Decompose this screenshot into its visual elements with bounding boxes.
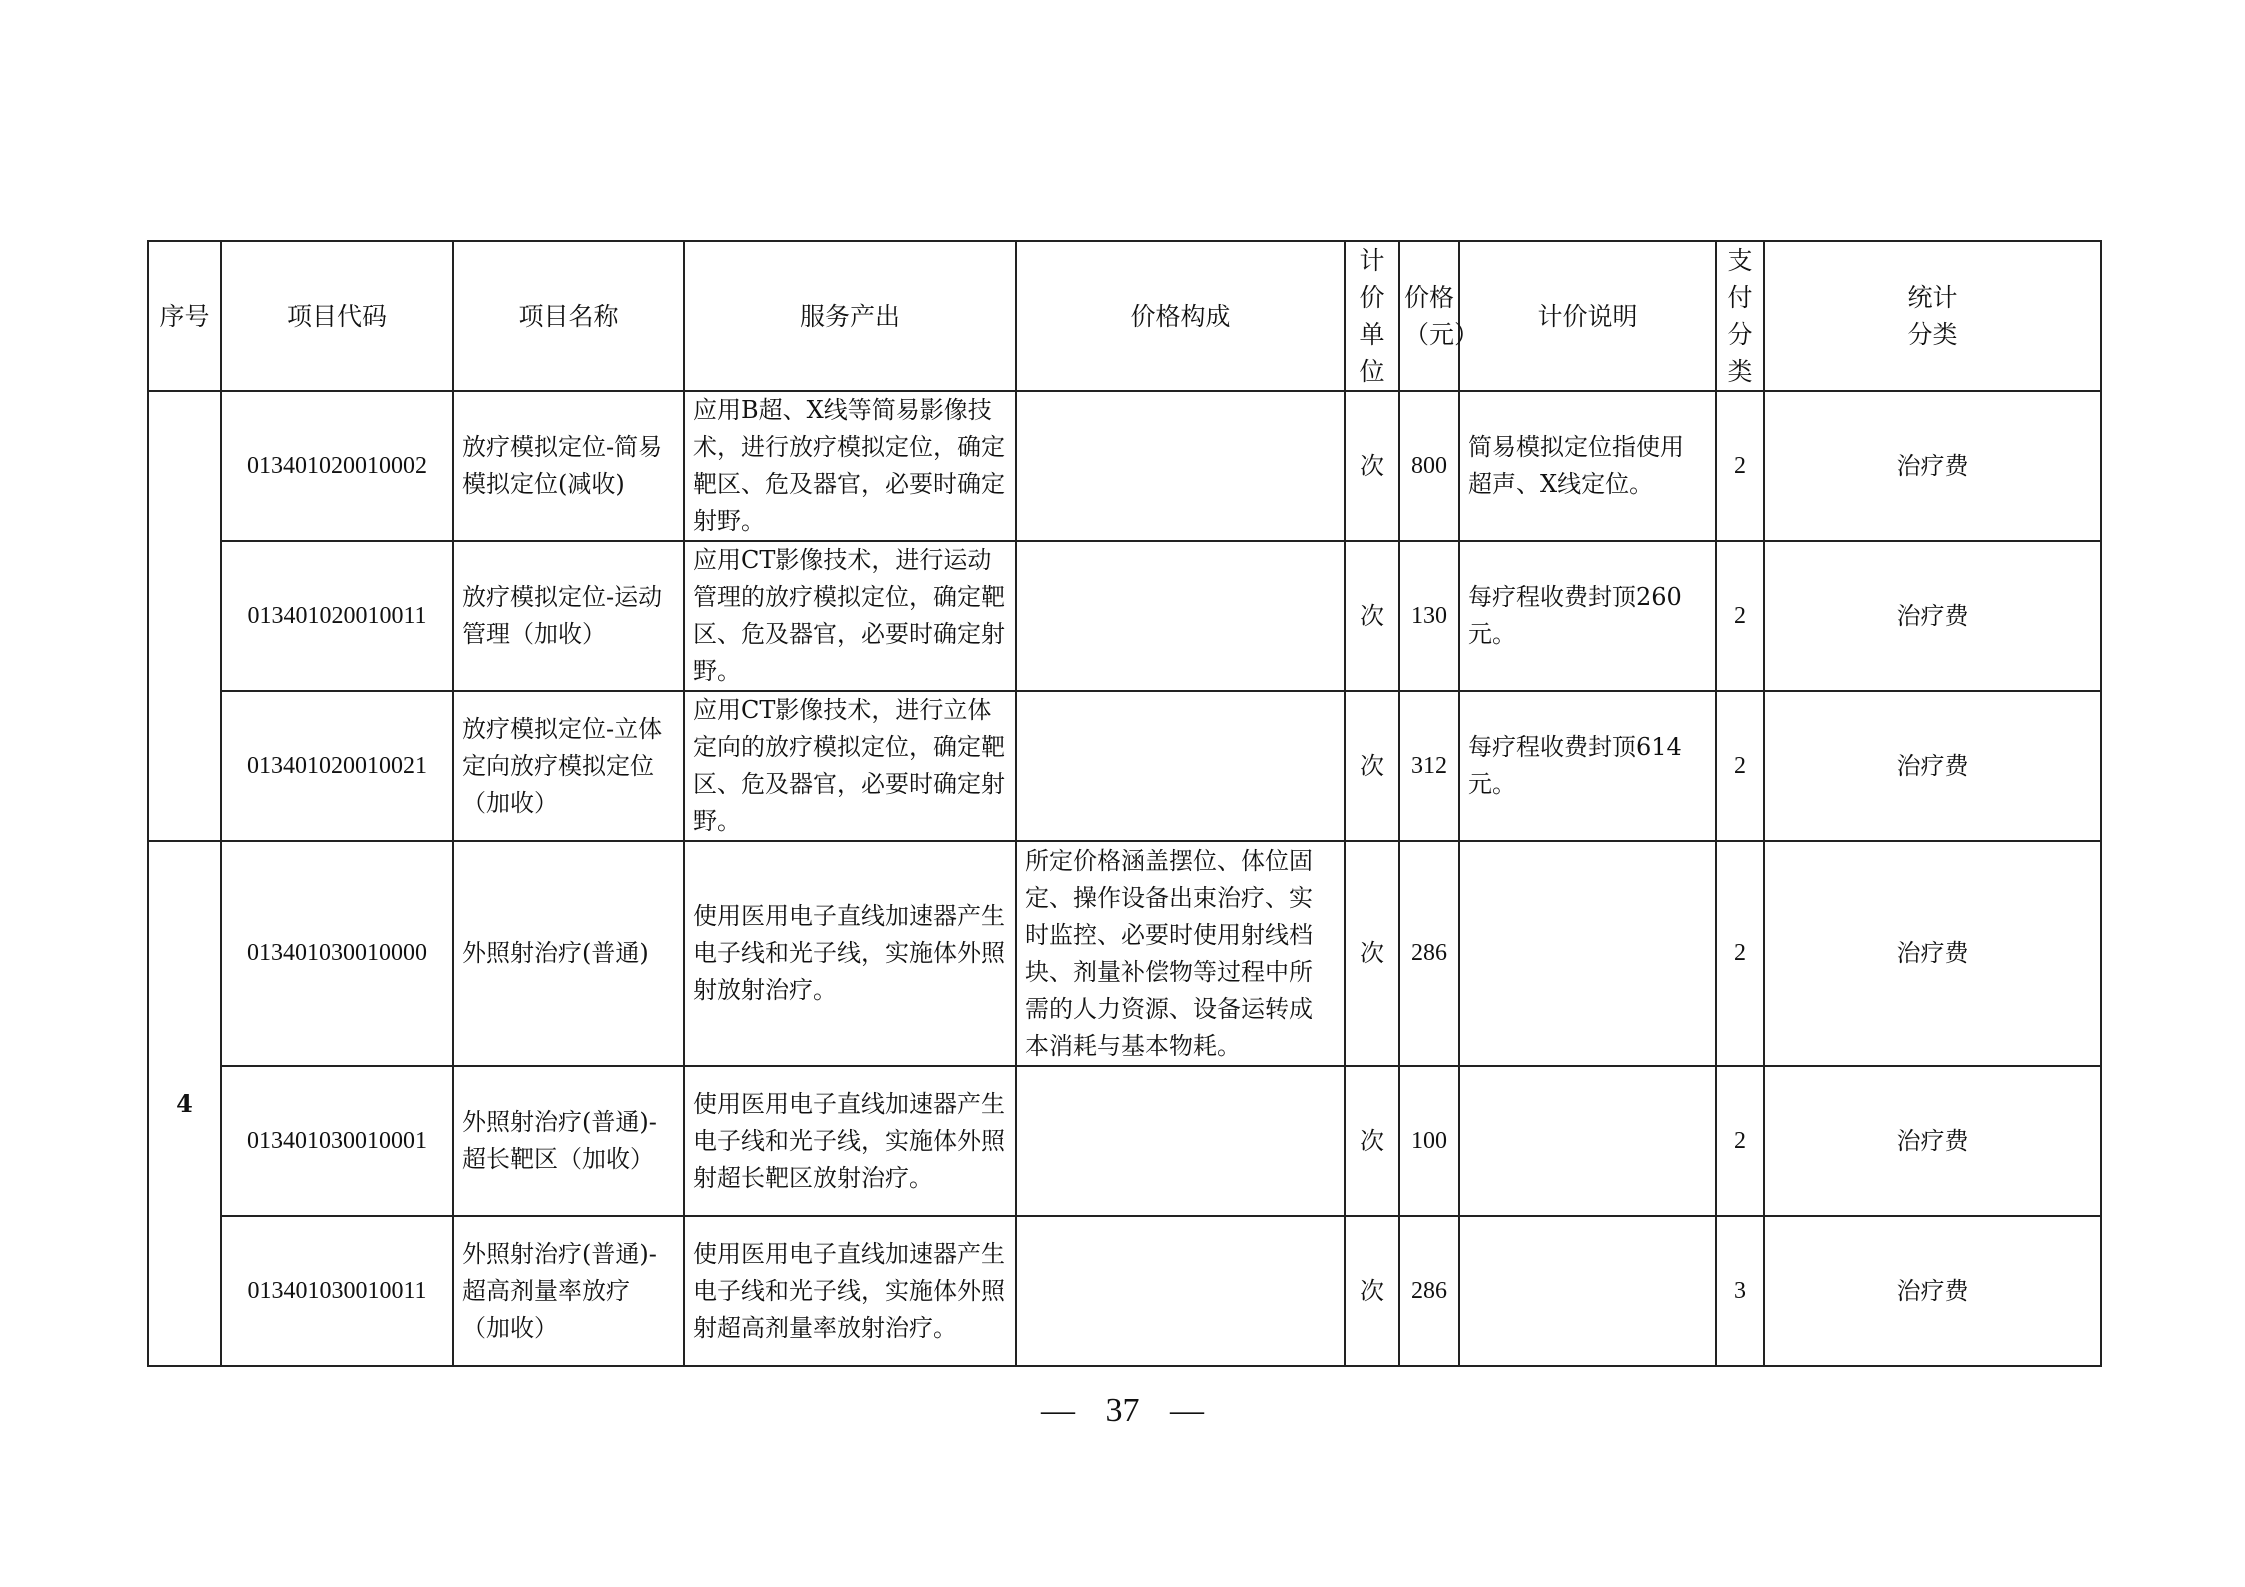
unit-cell: 次	[1345, 541, 1399, 691]
header-stat-line1: 统计	[1907, 283, 1957, 312]
service-output-cell: 使用医用电子直线加速器产生电子线和光子线，实施体外照射超长靶区放射治疗。	[684, 1066, 1016, 1216]
table-row: 4 013401030010000 外照射治疗(普通) 使用医用电子直线加速器产…	[148, 841, 2101, 1066]
header-name: 项目名称	[453, 241, 684, 391]
price-composition-cell	[1016, 391, 1345, 541]
header-service-output: 服务产出	[684, 241, 1016, 391]
page-number: 37	[1106, 1392, 1140, 1430]
price-composition-cell	[1016, 691, 1345, 841]
name-cell: 外照射治疗(普通)	[453, 841, 684, 1066]
price-cell: 800	[1399, 391, 1459, 541]
header-code: 项目代码	[221, 241, 453, 391]
header-payment-category: 支付分类	[1716, 241, 1764, 391]
seq-cell	[148, 391, 221, 841]
table-header-row: 序号 项目代码 项目名称 服务产出 价格构成 计价单位 价格（元） 计价说明 支…	[148, 241, 2101, 391]
page-footer: — 37 —	[0, 1392, 2245, 1430]
footer-dash-right: —	[1170, 1392, 1204, 1430]
table-row: 013401020010011 放疗模拟定位-运动管理（加收） 应用CT影像技术…	[148, 541, 2101, 691]
code-cell: 013401020010002	[221, 391, 453, 541]
stat-category-cell: 治疗费	[1764, 1216, 2101, 1366]
price-cell: 286	[1399, 1216, 1459, 1366]
document-page: 序号 项目代码 项目名称 服务产出 价格构成 计价单位 价格（元） 计价说明 支…	[0, 0, 2245, 1587]
unit-cell: 次	[1345, 691, 1399, 841]
header-price: 价格（元）	[1399, 241, 1459, 391]
name-cell: 外照射治疗(普通)-超长靶区（加收）	[453, 1066, 684, 1216]
pricing-note-cell	[1459, 841, 1716, 1066]
header-unit: 计价单位	[1345, 241, 1399, 391]
pricing-note-cell: 每疗程收费封顶614元。	[1459, 691, 1716, 841]
header-pricing-note: 计价说明	[1459, 241, 1716, 391]
price-cell: 100	[1399, 1066, 1459, 1216]
seq-cell: 4	[148, 841, 221, 1366]
price-composition-cell	[1016, 1216, 1345, 1366]
unit-cell: 次	[1345, 391, 1399, 541]
payment-category-cell: 3	[1716, 1216, 1764, 1366]
code-cell: 013401020010021	[221, 691, 453, 841]
code-cell: 013401030010000	[221, 841, 453, 1066]
service-output-cell: 应用CT影像技术，进行立体定向的放疗模拟定位，确定靶区、危及器官，必要时确定射野…	[684, 691, 1016, 841]
table-row: 013401020010021 放疗模拟定位-立体定向放疗模拟定位（加收） 应用…	[148, 691, 2101, 841]
price-composition-cell: 所定价格涵盖摆位、体位固定、操作设备出束治疗、实时监控、必要时使用射线档块、剂量…	[1016, 841, 1345, 1066]
header-unit-line2: 单位	[1359, 320, 1384, 386]
stat-category-cell: 治疗费	[1764, 1066, 2101, 1216]
header-stat-line2: 分类	[1907, 320, 1957, 349]
header-price-composition: 价格构成	[1016, 241, 1345, 391]
service-output-cell: 使用医用电子直线加速器产生电子线和光子线，实施体外照射超高剂量率放射治疗。	[684, 1216, 1016, 1366]
name-cell: 放疗模拟定位-运动管理（加收）	[453, 541, 684, 691]
footer-dash-left: —	[1041, 1392, 1075, 1430]
price-cell: 312	[1399, 691, 1459, 841]
code-cell: 013401030010011	[221, 1216, 453, 1366]
price-composition-cell	[1016, 541, 1345, 691]
price-cell: 286	[1399, 841, 1459, 1066]
name-cell: 外照射治疗(普通)-超高剂量率放疗（加收）	[453, 1216, 684, 1366]
unit-cell: 次	[1345, 1216, 1399, 1366]
code-cell: 013401030010001	[221, 1066, 453, 1216]
name-cell: 放疗模拟定位-立体定向放疗模拟定位（加收）	[453, 691, 684, 841]
header-unit-line1: 计价	[1359, 246, 1384, 312]
header-stat-category: 统计分类	[1764, 241, 2101, 391]
price-table: 序号 项目代码 项目名称 服务产出 价格构成 计价单位 价格（元） 计价说明 支…	[147, 240, 2102, 1367]
header-price-line2: （元）	[1404, 320, 1479, 349]
unit-cell: 次	[1345, 841, 1399, 1066]
service-output-cell: 应用CT影像技术，进行运动管理的放疗模拟定位，确定靶区、危及器官，必要时确定射野…	[684, 541, 1016, 691]
payment-category-cell: 2	[1716, 391, 1764, 541]
service-output-cell: 使用医用电子直线加速器产生电子线和光子线，实施体外照射放射治疗。	[684, 841, 1016, 1066]
pricing-note-cell	[1459, 1066, 1716, 1216]
header-payment-line2: 分类	[1727, 320, 1752, 386]
code-cell: 013401020010011	[221, 541, 453, 691]
stat-category-cell: 治疗费	[1764, 541, 2101, 691]
header-payment-line1: 支付	[1727, 246, 1752, 312]
name-cell: 放疗模拟定位-简易模拟定位(减收)	[453, 391, 684, 541]
service-output-cell: 应用B超、X线等简易影像技术，进行放疗模拟定位，确定靶区、危及器官，必要时确定射…	[684, 391, 1016, 541]
pricing-note-cell	[1459, 1216, 1716, 1366]
unit-cell: 次	[1345, 1066, 1399, 1216]
stat-category-cell: 治疗费	[1764, 841, 2101, 1066]
table-row: 013401020010002 放疗模拟定位-简易模拟定位(减收) 应用B超、X…	[148, 391, 2101, 541]
pricing-note-cell: 每疗程收费封顶260元。	[1459, 541, 1716, 691]
payment-category-cell: 2	[1716, 1066, 1764, 1216]
header-seq: 序号	[148, 241, 221, 391]
header-price-line1: 价格	[1404, 283, 1454, 312]
payment-category-cell: 2	[1716, 691, 1764, 841]
payment-category-cell: 2	[1716, 541, 1764, 691]
table-row: 013401030010011 外照射治疗(普通)-超高剂量率放疗（加收） 使用…	[148, 1216, 2101, 1366]
stat-category-cell: 治疗费	[1764, 391, 2101, 541]
price-cell: 130	[1399, 541, 1459, 691]
price-composition-cell	[1016, 1066, 1345, 1216]
stat-category-cell: 治疗费	[1764, 691, 2101, 841]
table-row: 013401030010001 外照射治疗(普通)-超长靶区（加收） 使用医用电…	[148, 1066, 2101, 1216]
pricing-note-cell: 简易模拟定位指使用超声、X线定位。	[1459, 391, 1716, 541]
payment-category-cell: 2	[1716, 841, 1764, 1066]
